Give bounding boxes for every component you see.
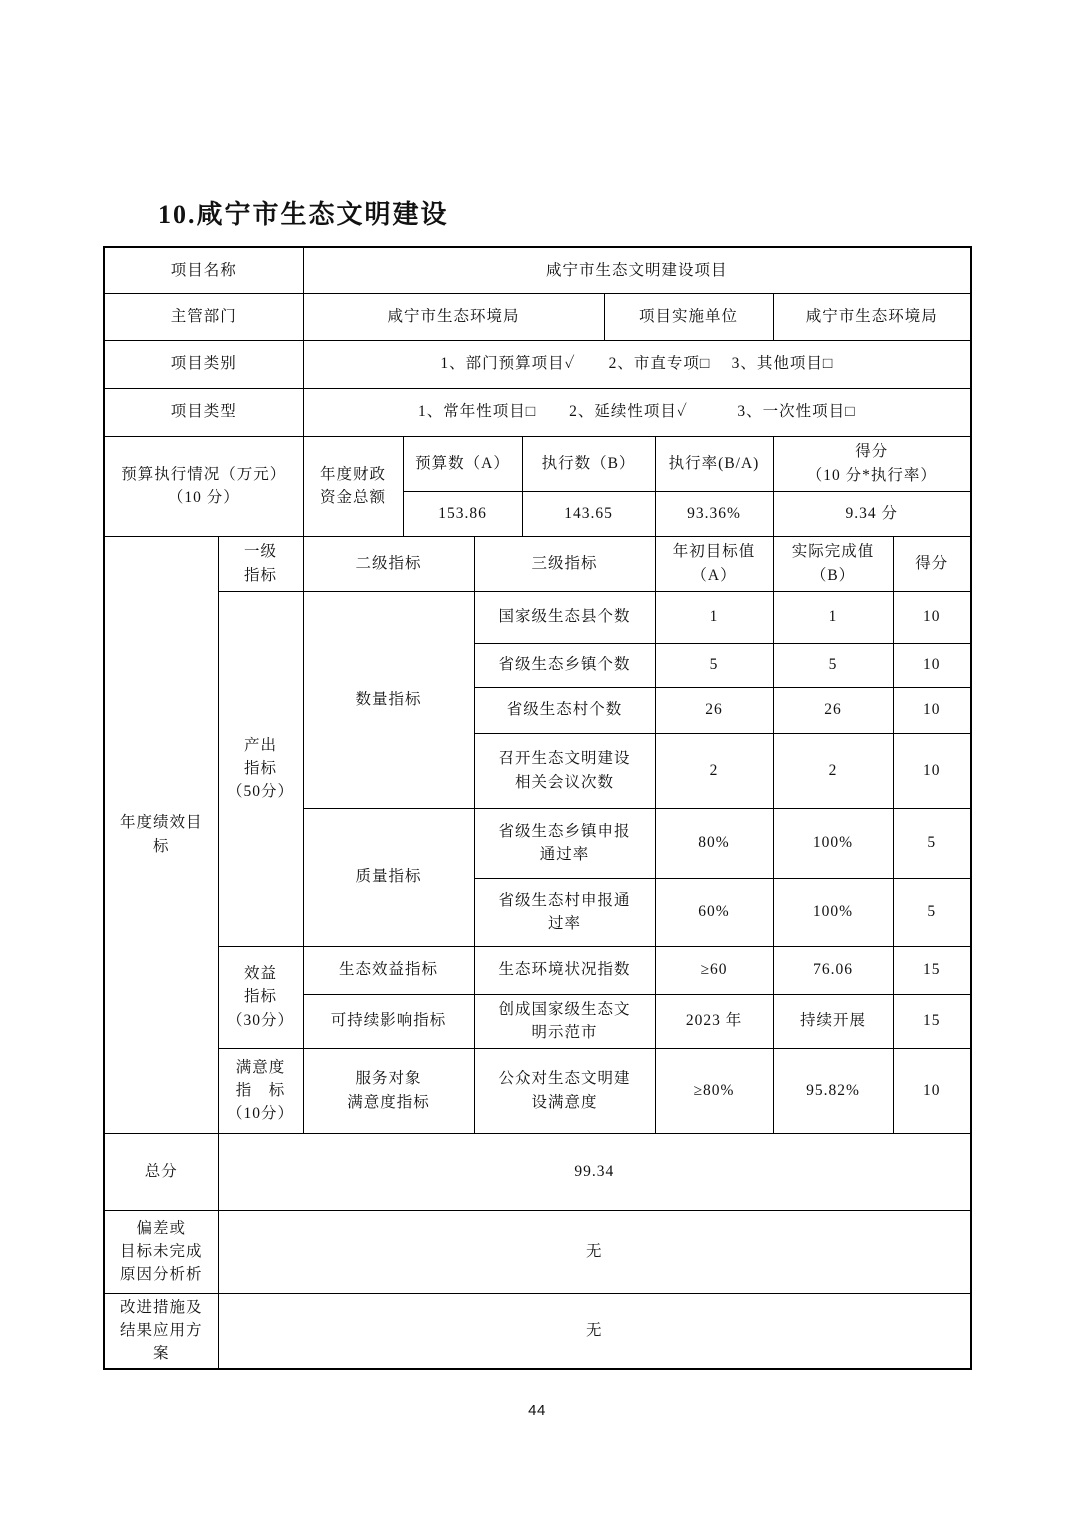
level3-header: 三级指标 — [474, 536, 655, 591]
budget-score-value: 9.34 分 — [773, 491, 971, 536]
score-value: 10 — [893, 733, 971, 808]
implement-unit-label: 项目实施单位 — [604, 293, 773, 340]
table-row: 年度绩效目 标 一级 指标 二级指标 三级指标 年初目标值 （A） 实际完成值 … — [104, 536, 971, 591]
actual-value: 2 — [773, 733, 893, 808]
target-value: 5 — [655, 643, 773, 687]
improvement-plan-value: 无 — [218, 1293, 971, 1369]
page-number: 44 — [0, 1402, 1074, 1419]
output-indicator-label: 产出 指标 （50分） — [218, 591, 303, 946]
improvement-plan-label: 改进措施及 结果应用方 案 — [104, 1293, 218, 1369]
quality-indicator-label: 质量指标 — [303, 808, 474, 946]
section-title: 10.咸宁市生态文明建设 — [158, 194, 449, 231]
sustainability-indicator-label: 可持续影响指标 — [303, 994, 474, 1048]
table-row: 项目名称 咸宁市生态文明建设项目 — [104, 247, 971, 293]
target-value: 1 — [655, 591, 773, 643]
table-row: 满意度 指 标 （10分） 服务对象 满意度指标 公众对生态文明建 设满意度 ≥… — [104, 1048, 971, 1133]
budget-a-value: 153.86 — [403, 491, 522, 536]
exec-b-value: 143.65 — [522, 491, 655, 536]
satisfaction-indicator-label: 满意度 指 标 （10分） — [218, 1048, 303, 1133]
score-value: 10 — [893, 1048, 971, 1133]
indicator-name: 公众对生态文明建 设满意度 — [474, 1048, 655, 1133]
actual-value: 100% — [773, 808, 893, 878]
deviation-analysis-value: 无 — [218, 1210, 971, 1293]
exec-rate-value: 93.36% — [655, 491, 773, 536]
quantity-indicator-label: 数量指标 — [303, 591, 474, 808]
exec-rate-header: 执行率(B/A) — [655, 436, 773, 491]
document-page: 10.咸宁市生态文明建设 项目名称 咸宁市生态文明建设项目 主管部门 咸宁市生态… — [0, 0, 1074, 1520]
annual-performance-goal-label: 年度绩效目 标 — [104, 536, 218, 1133]
indicator-name: 创成国家级生态文 明示范市 — [474, 994, 655, 1048]
target-value: 26 — [655, 687, 773, 733]
benefit-indicator-label: 效益 指标 （30分） — [218, 946, 303, 1048]
budget-execution-label: 预算执行情况（万元） （10 分） — [104, 436, 303, 536]
project-type-value: 1、常年性项目□ 2、延续性项目✓ 3、一次性项目□ — [303, 388, 971, 436]
table-row: 偏差或 目标未完成 原因分析析 无 — [104, 1210, 971, 1293]
target-value: 2023 年 — [655, 994, 773, 1048]
target-value: ≥80% — [655, 1048, 773, 1133]
score-header: 得分 — [893, 536, 971, 591]
indicator-name: 省级生态村个数 — [474, 687, 655, 733]
total-score-label: 总分 — [104, 1133, 218, 1210]
indicator-name: 国家级生态县个数 — [474, 591, 655, 643]
table-row: 改进措施及 结果应用方 案 无 — [104, 1293, 971, 1369]
actual-value: 持续开展 — [773, 994, 893, 1048]
score-value: 5 — [893, 808, 971, 878]
actual-header: 实际完成值 （B） — [773, 536, 893, 591]
target-header: 年初目标值 （A） — [655, 536, 773, 591]
deviation-analysis-label: 偏差或 目标未完成 原因分析析 — [104, 1210, 218, 1293]
score-value: 5 — [893, 878, 971, 946]
table-row: 项目类别 1、部门预算项目✓ 2、市直专项□ 3、其他项目□ — [104, 340, 971, 388]
project-category-label: 项目类别 — [104, 340, 303, 388]
table-row: 主管部门 咸宁市生态环境局 项目实施单位 咸宁市生态环境局 — [104, 293, 971, 340]
level2-header: 二级指标 — [303, 536, 474, 591]
actual-value: 76.06 — [773, 946, 893, 994]
actual-value: 1 — [773, 591, 893, 643]
department-label: 主管部门 — [104, 293, 303, 340]
indicator-name: 省级生态乡镇个数 — [474, 643, 655, 687]
indicator-name: 生态环境状况指数 — [474, 946, 655, 994]
actual-value: 26 — [773, 687, 893, 733]
target-value: 60% — [655, 878, 773, 946]
target-value: 2 — [655, 733, 773, 808]
indicator-name: 召开生态文明建设 相关会议次数 — [474, 733, 655, 808]
project-type-label: 项目类型 — [104, 388, 303, 436]
service-satisfaction-label: 服务对象 满意度指标 — [303, 1048, 474, 1133]
score-value: 15 — [893, 946, 971, 994]
budget-score-header: 得分 （10 分*执行率） — [773, 436, 971, 491]
score-value: 15 — [893, 994, 971, 1048]
implement-unit-value: 咸宁市生态环境局 — [773, 293, 971, 340]
score-value: 10 — [893, 687, 971, 733]
department-value: 咸宁市生态环境局 — [303, 293, 604, 340]
budget-a-header: 预算数（A） — [403, 436, 522, 491]
indicator-name: 省级生态村申报通 过率 — [474, 878, 655, 946]
performance-evaluation-table: 项目名称 咸宁市生态文明建设项目 主管部门 咸宁市生态环境局 项目实施单位 咸宁… — [103, 246, 972, 1370]
actual-value: 95.82% — [773, 1048, 893, 1133]
eco-benefit-indicator-label: 生态效益指标 — [303, 946, 474, 994]
table-row: 效益 指标 （30分） 生态效益指标 生态环境状况指数 ≥60 76.06 15 — [104, 946, 971, 994]
total-score-value: 99.34 — [218, 1133, 971, 1210]
level1-header: 一级 指标 — [218, 536, 303, 591]
score-value: 10 — [893, 643, 971, 687]
table-row: 项目类型 1、常年性项目□ 2、延续性项目✓ 3、一次性项目□ — [104, 388, 971, 436]
score-value: 10 — [893, 591, 971, 643]
actual-value: 100% — [773, 878, 893, 946]
table-row: 产出 指标 （50分） 数量指标 国家级生态县个数 1 1 10 — [104, 591, 971, 643]
annual-fund-label: 年度财政 资金总额 — [303, 436, 403, 536]
project-name-label: 项目名称 — [104, 247, 303, 293]
table-row: 总分 99.34 — [104, 1133, 971, 1210]
exec-b-header: 执行数（B） — [522, 436, 655, 491]
target-value: 80% — [655, 808, 773, 878]
target-value: ≥60 — [655, 946, 773, 994]
indicator-name: 省级生态乡镇申报 通过率 — [474, 808, 655, 878]
project-name-value: 咸宁市生态文明建设项目 — [303, 247, 971, 293]
table-row: 预算执行情况（万元） （10 分） 年度财政 资金总额 预算数（A） 执行数（B… — [104, 436, 971, 491]
project-category-value: 1、部门预算项目✓ 2、市直专项□ 3、其他项目□ — [303, 340, 971, 388]
actual-value: 5 — [773, 643, 893, 687]
